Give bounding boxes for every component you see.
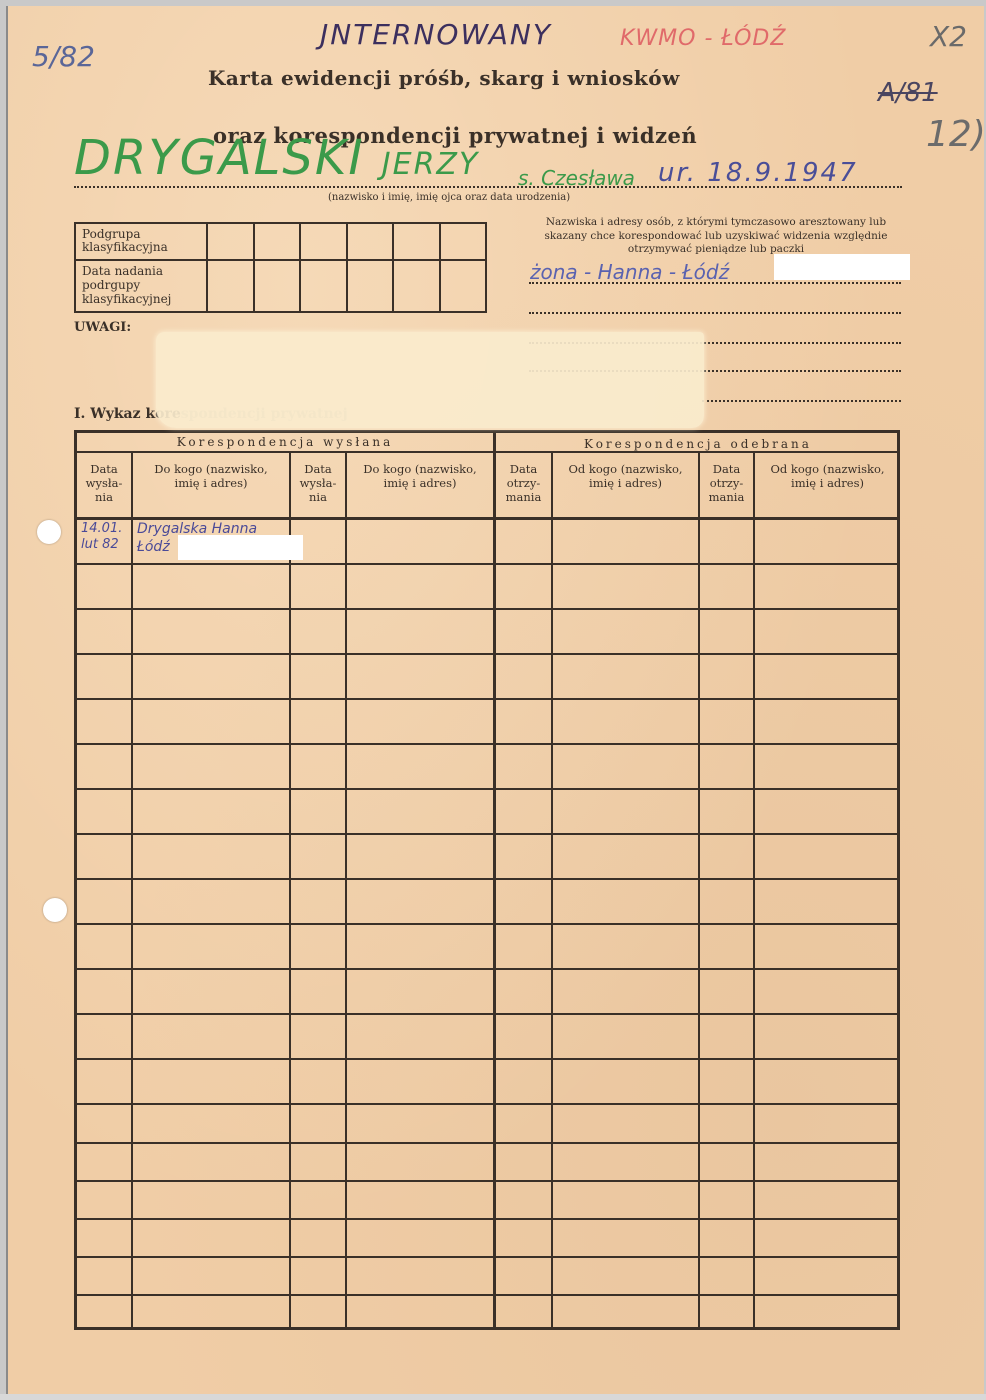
correspondence-table: Korespondencja wysłana Korespondencja od…: [74, 430, 900, 1330]
header-bottom-line: [77, 517, 897, 520]
person-name: DRYGALSKI JERZY: [74, 130, 479, 186]
subgroup-label: Podgrupa klasyfikacyjna: [75, 223, 207, 260]
subgroup-date-cell[interactable]: [393, 260, 440, 312]
contact-line: [702, 400, 901, 402]
row-line: [77, 1180, 897, 1182]
subgroup-cell[interactable]: [300, 223, 347, 260]
punch-hole: [37, 520, 61, 544]
column-divider: [698, 451, 700, 1327]
column-divider: [131, 451, 133, 1327]
band-header-line: [77, 451, 897, 453]
column-divider: [289, 451, 291, 1327]
crossed-reference-annotation: A/81: [878, 78, 938, 108]
subgroup-table: Podgrupa klasyfikacyjna Data nadania pod…: [74, 222, 487, 313]
subgroup-cell[interactable]: [393, 223, 440, 260]
row-line: [77, 1142, 897, 1144]
contact-entry: żona - Hanna - Łódź: [530, 260, 729, 284]
row-line: [77, 833, 897, 835]
subgroup-cell[interactable]: [207, 223, 254, 260]
col-header-from-whom: Od kogo (nazwisko, imię i adres): [553, 463, 698, 491]
row-line: [77, 1013, 897, 1015]
column-divider: [753, 451, 755, 1327]
first-name: JERZY: [382, 147, 480, 182]
subgroup-row: Podgrupa klasyfikacyjna: [75, 223, 486, 260]
corner-mark-annotation: X2: [930, 20, 967, 53]
col-header-from-whom-2: Od kogo (nazwisko, imię i adres): [755, 463, 900, 491]
col-header-date-received-2: Data otrzy- mania: [700, 463, 753, 504]
document-page: JNTERNOWANY KWMO - ŁÓDŹ 5/82 X2 A/81 12)…: [6, 6, 984, 1394]
row-line: [77, 608, 897, 610]
subgroup-date-cell[interactable]: [347, 260, 394, 312]
punch-hole: [43, 898, 67, 922]
contact-line: [529, 312, 901, 314]
band-divider: [493, 433, 496, 1327]
row-line: [77, 698, 897, 700]
subgroup-date-label: Data nadania podrgupy klasyfikacyjnej: [75, 260, 207, 312]
name-dotted-line: [74, 186, 902, 188]
subgroup-date-cell[interactable]: [440, 260, 487, 312]
subgroup-date-cell[interactable]: [254, 260, 301, 312]
redaction-box: [178, 535, 303, 560]
row-line: [77, 1256, 897, 1258]
contact-line: [529, 282, 901, 284]
received-band-label: Korespondencja odebrana: [496, 437, 900, 451]
subgroup-date-cell[interactable]: [207, 260, 254, 312]
row-line: [77, 968, 897, 970]
sent-band-label: Korespondencja wysłana: [77, 435, 493, 449]
row-line: [77, 788, 897, 790]
column-divider: [345, 451, 347, 1327]
reference-number-annotation: 12): [926, 114, 986, 155]
subgroup-cell[interactable]: [347, 223, 394, 260]
row-line: [77, 923, 897, 925]
office-stamp-annotation: KWMO - ŁÓDŹ: [620, 26, 786, 51]
surname: DRYGALSKI: [74, 130, 365, 186]
remarks-label: UWAGI:: [74, 320, 131, 335]
row-line: [77, 1218, 897, 1220]
subgroup-date-row: Data nadania podrgupy klasyfikacyjnej: [75, 260, 486, 312]
scan-edge: [0, 1394, 986, 1400]
row-line: [77, 653, 897, 655]
subgroup-date-cell[interactable]: [300, 260, 347, 312]
birth-date: ur. 18.9.1947: [658, 158, 858, 188]
col-header-to-whom-2: Do kogo (nazwisko, imię i adres): [347, 463, 493, 491]
entry-date-sent: 14.01. lut 82: [81, 521, 131, 554]
row-line: [77, 1058, 897, 1060]
col-header-date-sent: Data wysła- nia: [77, 463, 131, 504]
subgroup-cell[interactable]: [440, 223, 487, 260]
adhesive-tape-patch: [156, 332, 704, 428]
col-header-date-received: Data otrzy- mania: [496, 463, 551, 504]
col-header-to-whom: Do kogo (nazwisko, imię i adres): [133, 463, 289, 491]
row-line: [77, 563, 897, 565]
file-number-annotation: 5/82: [32, 40, 95, 73]
redaction-box: [774, 254, 910, 280]
subgroup-cell[interactable]: [254, 223, 301, 260]
row-line: [77, 743, 897, 745]
row-line: [77, 1294, 897, 1296]
column-divider: [551, 451, 553, 1327]
contacts-header: Nazwiska i adresy osób, z którymi tymcza…: [528, 216, 904, 257]
form-title-line1: Karta ewidencji próśb, skarg i wniosków: [208, 66, 680, 90]
person-caption: (nazwisko i imię, imię ojca oraz data ur…: [328, 192, 570, 203]
col-header-date-sent-2: Data wysła- nia: [291, 463, 345, 504]
row-line: [77, 1103, 897, 1105]
internowany-annotation: JNTERNOWANY: [320, 18, 552, 51]
row-line: [77, 878, 897, 880]
